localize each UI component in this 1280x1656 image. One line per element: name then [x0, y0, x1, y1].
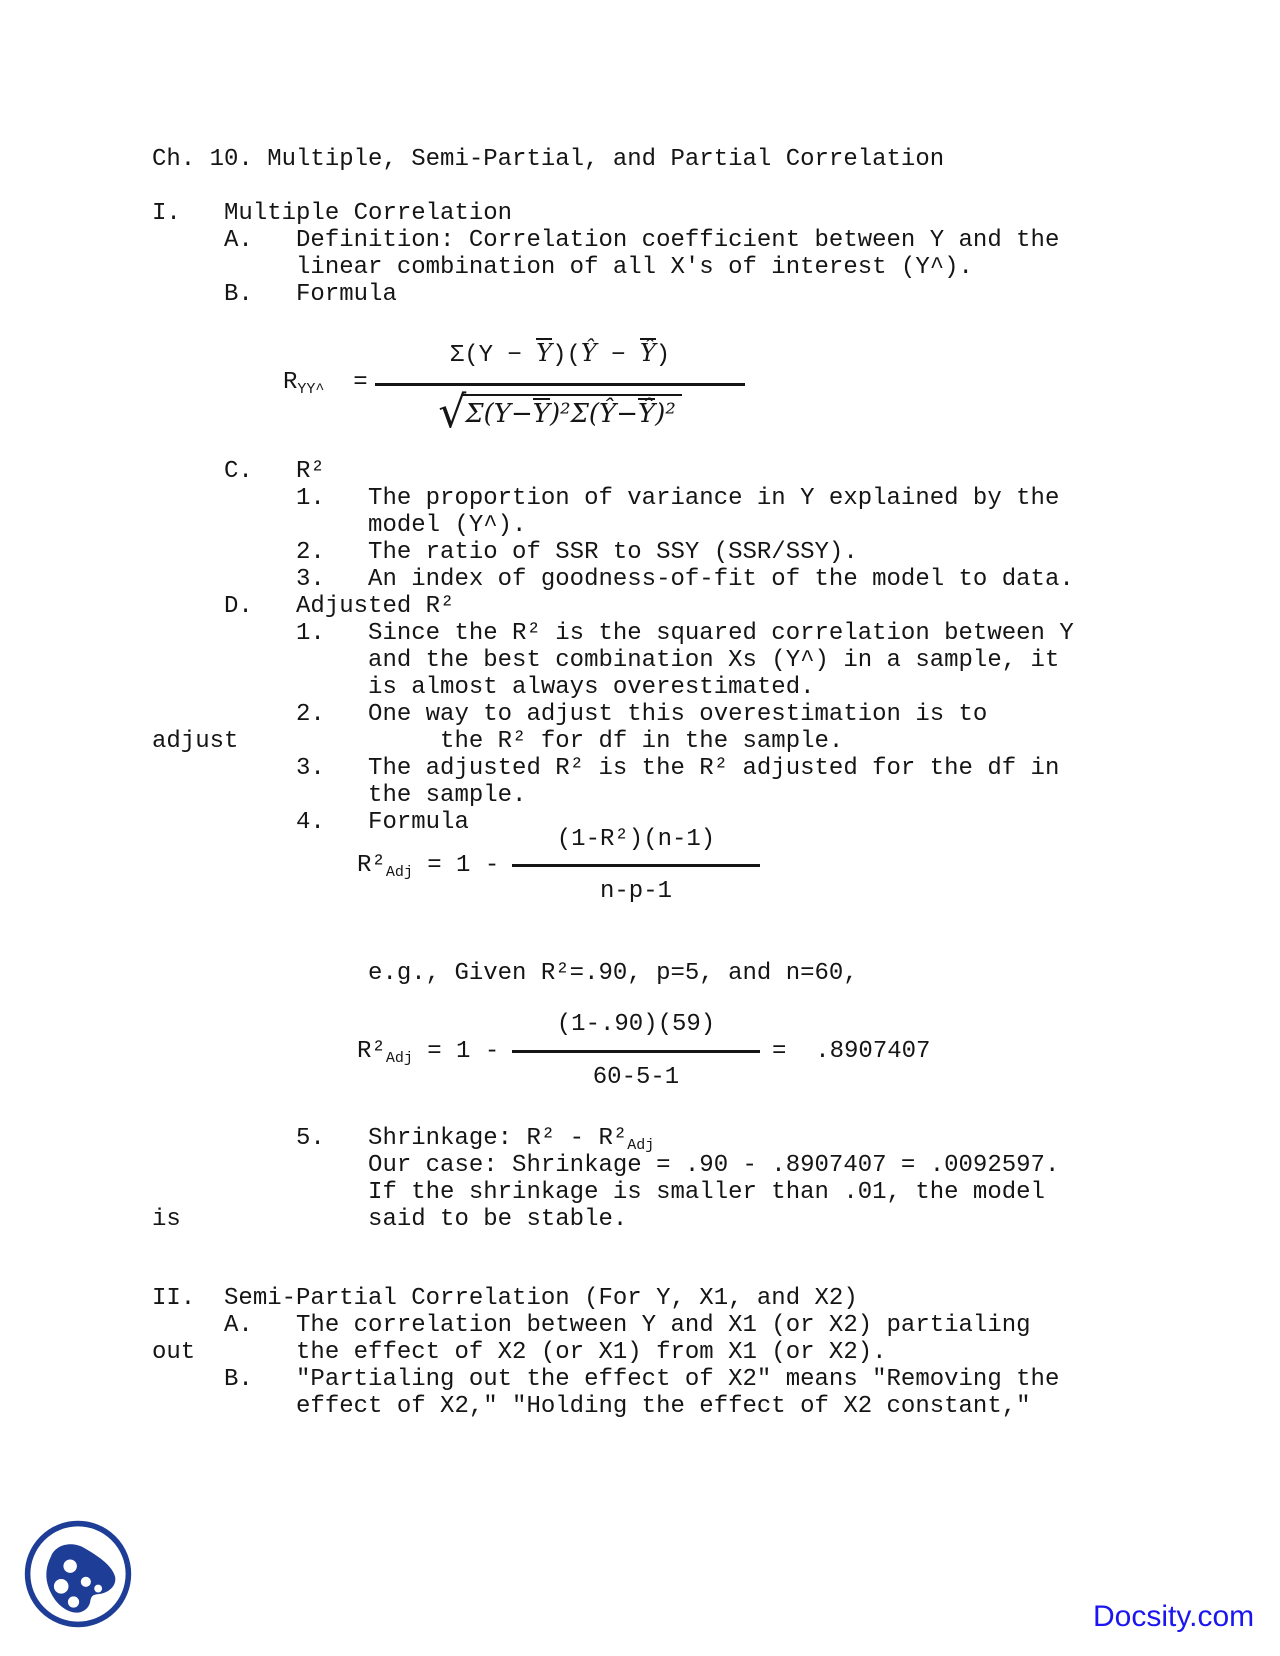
formula-adjusted-r2: (1-R²)(n-1) R²Adj = 1 - n-p-1 — [0, 826, 1280, 906]
doc-line: B. "Partialing out the effect of X2" mea… — [152, 1366, 1059, 1393]
formula-lhs: RYY^ = — [283, 369, 368, 398]
doc-line: and the best combination Xs (Y^) in a sa… — [152, 647, 1074, 674]
doc-line: effect of X2," "Holding the effect of X2… — [152, 1393, 1059, 1420]
formula-lhs: R²Adj = 1 - — [357, 1038, 514, 1067]
fraction-bar — [512, 864, 760, 867]
section-ii: II. Semi-Partial Correlation (For Y, X1,… — [152, 1285, 1059, 1420]
fraction-bar — [375, 383, 745, 386]
doc-line: 5. Shrinkage: R² - R²Adj — [152, 1125, 1059, 1152]
doc-line: linear combination of all X's of interes… — [152, 254, 1059, 281]
doc-line: 2. The ratio of SSR to SSY (SSR/SSY). — [152, 539, 1074, 566]
doc-line: I. Multiple Correlation — [152, 200, 1059, 227]
doc-line: A. Definition: Correlation coefficient b… — [152, 227, 1059, 254]
doc-line: Our case: Shrinkage = .90 - .8907407 = .… — [152, 1152, 1059, 1179]
doc-line: A. The correlation between Y and X1 (or … — [152, 1312, 1059, 1339]
doc-line: is almost always overestimated. — [152, 674, 1074, 701]
doc-line: 1. The proportion of variance in Y expla… — [152, 485, 1074, 512]
doc-title: Ch. 10. Multiple, Semi-Partial, and Part… — [152, 146, 944, 173]
docsity-link[interactable]: Docsity.com — [1093, 1601, 1254, 1633]
section-i: I. Multiple Correlation A. Definition: C… — [152, 200, 1059, 308]
doc-line: 3. An index of goodness-of-fit of the mo… — [152, 566, 1074, 593]
formula-denominator: n-p-1 — [512, 878, 760, 905]
formula-denominator: 60-5-1 — [512, 1064, 760, 1091]
doc-line: 3. The adjusted R² is the R² adjusted fo… — [152, 755, 1074, 782]
formula-result: = .8907407 — [772, 1038, 930, 1065]
formula-numerator: (1-.90)(59) — [512, 1011, 760, 1038]
doc-line: C. R² — [152, 458, 1074, 485]
formula-numerator: (1-R²)(n-1) — [512, 826, 760, 853]
fraction-bar — [512, 1050, 760, 1053]
doc-line: 2. One way to adjust this overestimation… — [152, 701, 1074, 728]
formula-denominator: √Σ(Y−Y)²Σ(Ŷ−Ŷ)² — [380, 394, 740, 436]
subscript-adj: Adj — [627, 1137, 654, 1154]
formula-multiple-r: RYY^ = Σ(Y − Y)(Ŷ − Ŷ) √Σ(Y−Y)²Σ(Ŷ−Ŷ)² — [0, 336, 1280, 448]
section-c-d: C. R² 1. The proportion of variance in Y… — [152, 458, 1074, 836]
doc-line: the sample. — [152, 782, 1074, 809]
section-shrinkage: 5. Shrinkage: R² - R²Adj Our case: Shrin… — [152, 1125, 1059, 1233]
docsity-logo-icon — [22, 1518, 134, 1630]
doc-line: II. Semi-Partial Correlation (For Y, X1,… — [152, 1285, 1059, 1312]
doc-line: D. Adjusted R² — [152, 593, 1074, 620]
doc-line: B. Formula — [152, 281, 1059, 308]
formula-lhs: R²Adj = 1 - — [357, 852, 514, 881]
doc-line: model (Y^). — [152, 512, 1074, 539]
doc-line: e.g., Given R²=.90, p=5, and n=60, — [152, 960, 858, 987]
doc-line: is said to be stable. — [152, 1206, 1059, 1233]
document-page: Ch. 10. Multiple, Semi-Partial, and Part… — [0, 0, 1280, 1656]
doc-line: out the effect of X2 (or X1) from X1 (or… — [152, 1339, 1059, 1366]
sqrt-symbol: √ — [438, 392, 466, 434]
doc-line: adjust the R² for df in the sample. — [0, 728, 922, 755]
formula-numerator: Σ(Y − Y)(Ŷ − Ŷ) — [375, 338, 745, 369]
doc-line: 1. Since the R² is the squared correlati… — [152, 620, 1074, 647]
doc-line: If the shrinkage is smaller than .01, th… — [152, 1179, 1059, 1206]
formula-adjusted-r2-example: (1-.90)(59) R²Adj = 1 - = .8907407 60-5-… — [0, 1011, 1280, 1093]
